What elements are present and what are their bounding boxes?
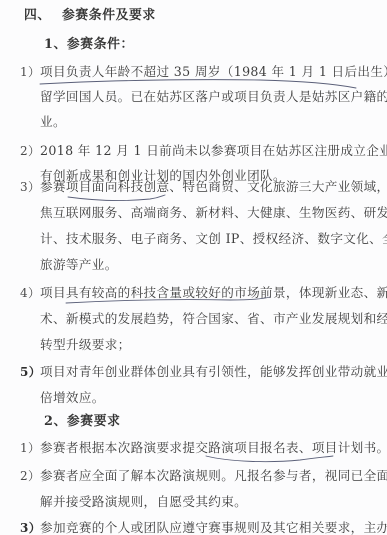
list-text: 项目对青年创业群体创业具有引领性，能够发挥创业带动就业的 <box>40 364 387 379</box>
list-text: 参赛者应全面了解本次路演规则。凡报名参与者，视同已全面了 <box>40 468 387 483</box>
underline-age-requirement <box>40 80 356 88</box>
list-marker: 2） <box>20 143 40 159</box>
list-marker: 3） <box>20 520 40 535</box>
section-title: 参赛条件及要求 <box>62 8 156 23</box>
list-marker: 1） <box>20 440 40 456</box>
condition-item-1-line-1: 1）项目负责人年龄不超过 35 周岁（1984 年 1 月 1 日后出生），含 <box>20 64 387 80</box>
condition-item-5-line-1: 5）项目对青年创业群体创业具有引领性，能够发挥创业带动就业的 <box>20 364 387 380</box>
section-number: 四、 <box>24 8 62 24</box>
condition-item-4-line-1: 4）项目具有较高的科技含量或较好的市场前景，体现新业态、新技 <box>20 285 387 301</box>
list-text: 项目具有较高的科技含量或较好的市场前景，体现新业态、新技 <box>40 285 387 300</box>
list-text: 参赛者根据本次路演要求提交路演项目报名表、项目计划书。 <box>40 440 387 455</box>
document-page: 四、参赛条件及要求 1、参赛条件： 1）项目负责人年龄不超过 35 周岁（198… <box>0 0 387 535</box>
list-marker: 1） <box>20 64 40 80</box>
list-text: 参加竞赛的个人或团队应遵守赛事规则及其它相关要求，主办方 <box>40 520 387 535</box>
condition-item-3-line-4: 旅游等产业。 <box>40 257 118 273</box>
condition-item-3-line-2: 焦互联网服务、高端商务、新材料、大健康、生物医药、研发设 <box>40 205 387 221</box>
condition-item-1-line-3: 业。 <box>40 114 66 130</box>
underline-forms <box>206 456 333 462</box>
section-heading: 四、参赛条件及要求 <box>24 8 156 24</box>
list-marker: 3） <box>20 179 40 195</box>
condition-item-2-line-1: 2）2018 年 12 月 1 日前尚未以参赛项目在姑苏区注册成立企业，拥 <box>20 143 387 159</box>
requirement-item-1-line-1: 1）参赛者根据本次路演要求提交路演项目报名表、项目计划书。 <box>20 440 387 456</box>
condition-item-3-line-3: 计、技术服务、电子商务、文创 IP、授权经济、数字文化、全域 <box>40 231 387 247</box>
condition-item-4-line-3: 转型升级要求； <box>40 337 131 353</box>
condition-item-3-line-1: 3）参赛项目面向科技创意、特色商贸、文化旅游三大产业领域，聚 <box>20 179 387 195</box>
list-marker: 2） <box>20 468 40 484</box>
requirement-item-3-line-1: 3）参加竞赛的个人或团队应遵守赛事规则及其它相关要求，主办方 <box>20 520 387 535</box>
underline-tech-creative <box>68 195 165 200</box>
list-text: 2018 年 12 月 1 日前尚未以参赛项目在姑苏区注册成立企业，拥 <box>40 143 387 158</box>
requirement-item-2-line-2: 解并接受路演规则，自愿受其约束。 <box>40 494 247 510</box>
list-marker: 4） <box>20 285 40 301</box>
subsection-heading-conditions: 1、参赛条件： <box>44 37 134 53</box>
subsection-heading-requirements: 2、参赛要求 <box>44 414 121 430</box>
list-marker: 5） <box>20 364 40 380</box>
condition-item-1-line-2: 留学回国人员。已在姑苏区落户或项目负责人是姑苏区户籍的企 <box>40 89 387 105</box>
list-text: 参赛项目面向科技创意、特色商贸、文化旅游三大产业领域，聚 <box>40 179 387 194</box>
list-text: 项目负责人年龄不超过 35 周岁（1984 年 1 月 1 日后出生），含 <box>40 64 387 79</box>
condition-item-4-line-2: 术、新模式的发展趋势，符合国家、省、市产业发展规划和经济 <box>40 311 387 327</box>
condition-item-5-line-2: 倍增效应。 <box>40 390 105 406</box>
requirement-item-2-line-1: 2）参赛者应全面了解本次路演规则。凡报名参与者，视同已全面了 <box>20 468 387 484</box>
